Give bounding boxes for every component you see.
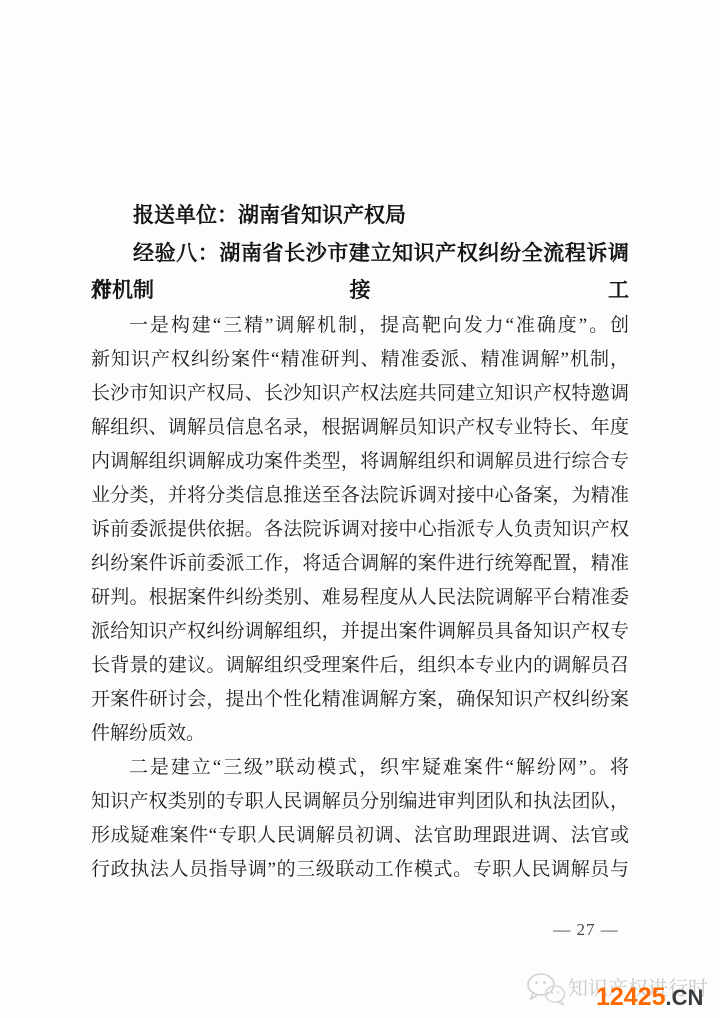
body-text-line: 新知识产权纠纷案件“精准研判、精准委派、精准调解”机制，	[91, 343, 629, 377]
body-text-line: 内调解组织调解成功案件类型，将调解组织和调解员进行综合专	[91, 445, 629, 479]
body-text-line: 长背景的建议。调解组织受理案件后，组织本专业内的调解员召	[91, 649, 629, 683]
body-text-line: 长沙市知识产权局、长沙知识产权法庭共同建立知识产权特邀调	[91, 377, 629, 411]
body-text-line: 派给知识产权纠纷调解组织，并提出案件调解员具备知识产权专	[91, 615, 629, 649]
watermark-site-suffix: .CN	[666, 985, 704, 1010]
experience-heading-line-1: 经验八：湖南省长沙市建立知识产权纠纷全流程诉调对接工	[91, 235, 629, 272]
document-text-column: 报送单位：湖南省知识产权局 经验八：湖南省长沙市建立知识产权纠纷全流程诉调对接工…	[91, 197, 629, 887]
body-text-line: 行政执法人员指导调”的三级联动工作模式。专职人民调解员与	[91, 853, 629, 887]
body-text-line: 研判。根据案件纠纷类别、难易程度从人民法院调解平台精准委	[91, 581, 629, 615]
body-text-line: 解组织、调解员信息名录，根据调解员知识产权专业特长、年度	[91, 411, 629, 445]
wechat-icon	[526, 971, 566, 1007]
body-text-line: 诉前委派提供依据。各法院诉调对接中心指派专人负责知识产权	[91, 513, 629, 547]
body-text-line: 知识产权类别的专职人民调解员分别编进审判团队和执法团队，	[91, 785, 629, 819]
watermark-site-label: 12425.CN	[596, 983, 703, 1012]
body-text-line: 形成疑难案件“专职人民调解员初调、法官助理跟进调、法官或	[91, 819, 629, 853]
scanned-document-page: { "doc": { "report_unit": "报送单位：湖南省知识产权局…	[0, 0, 720, 1018]
report-unit-line: 报送单位：湖南省知识产权局	[91, 197, 629, 235]
page-number: — 27 —	[516, 920, 656, 940]
body-text-line: 纠纷案件诉前委派工作，将适合调解的案件进行统筹配置，精准	[91, 547, 629, 581]
body-text-line: 件解纷质效。	[91, 717, 629, 751]
body-text-line: 开案件研讨会，提出个性化精准调解方案，确保知识产权纠纷案	[91, 683, 629, 717]
watermark: 知识产权进行时 12425.CN	[524, 964, 718, 1016]
body-text-line: 二是建立“三级”联动模式，织牢疑难案件“解纷网”。将	[91, 751, 629, 785]
body-text-line: 一是构建“三精”调解机制，提高靶向发力“准确度”。创	[91, 309, 629, 343]
watermark-site-number: 12425	[596, 983, 666, 1011]
body-text-line: 业分类，并将分类信息推送至各法院诉调对接中心备案，为精准	[91, 479, 629, 513]
